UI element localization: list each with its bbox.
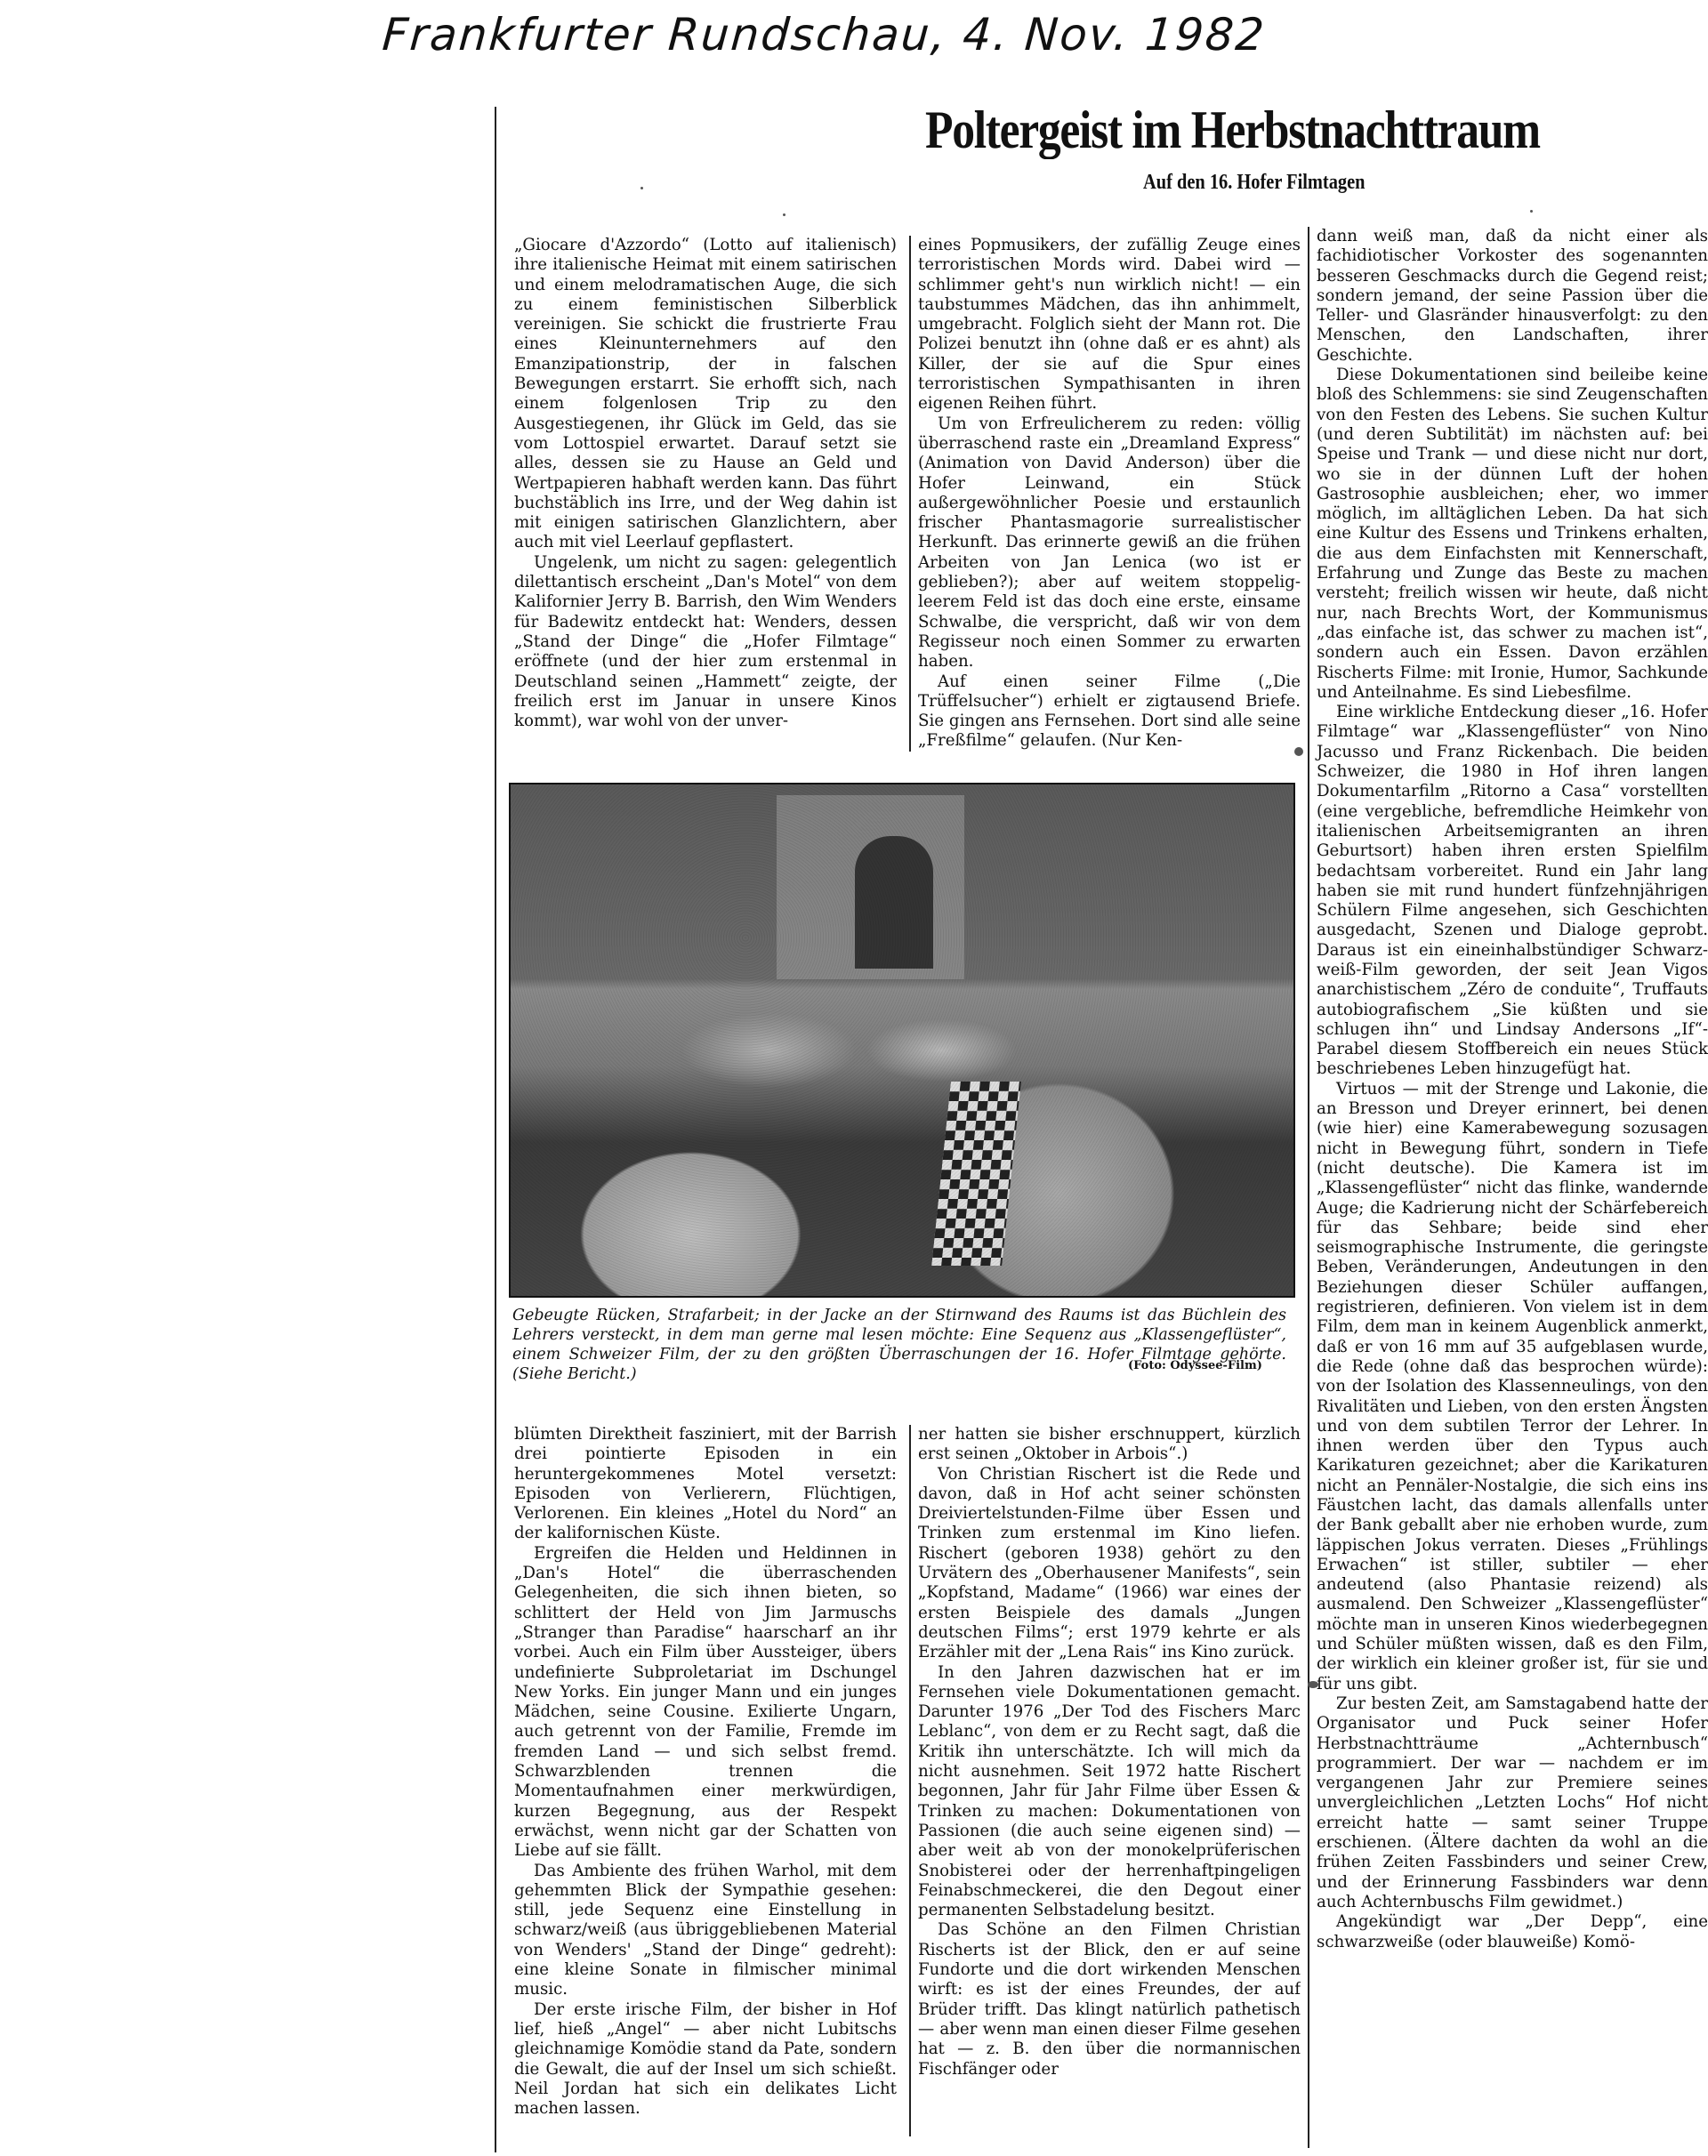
paragraph: ner hatten sie bisher erschnuppert, kürz… [918,1425,1301,1465]
paragraph: eines Popmusikers, der zufällig Zeuge ei… [918,236,1301,414]
column-1-top: „Giocare d'Azzordo“ (Lotto auf italienis… [514,236,897,731]
paragraph: Das Ambiente des frühen Warhol, mit dem … [514,1862,897,2000]
paragraph: Ergreifen die Helden und Heldinnen in „D… [514,1544,897,1862]
left-margin-rule [495,107,496,2152]
article-headline: Poltergeist im Herbstnachttraum [925,100,1540,161]
paragraph: Auf einen seiner Filme („Die Trüffelsuch… [918,672,1301,752]
paragraph: Zur besten Zeit, am Samstagabend hatte d… [1317,1694,1708,1912]
paragraph: Ungelenk, um nicht zu sagen: gelegentlic… [514,553,897,732]
article-photo [509,783,1295,1298]
paragraph: Eine wirkliche Entdeckung dieser „16. Ho… [1317,703,1708,1080]
scan-speck [1308,1681,1318,1688]
paragraph: Angekündigt war „Der Depp“, eine schwarz… [1317,1912,1708,1952]
scan-speck [640,187,643,189]
column-1-bottom: blümten Direktheit fasziniert, mit der B… [514,1425,897,2136]
photo-credit: (Foto: Odyssee-Film) [1128,1359,1262,1372]
paragraph: Der erste irische Film, der bisher in Ho… [514,2000,897,2120]
photo-halftone-noise [511,784,1293,1296]
paragraph: Von Christian Rischert ist die Rede und … [918,1465,1301,1663]
column-2-bottom: ner hatten sie bisher erschnuppert, kürz… [909,1425,1301,2136]
paragraph: blümten Direktheit fasziniert, mit der B… [514,1425,897,1544]
scan-speck [783,213,786,216]
paragraph: „Giocare d'Azzordo“ (Lotto auf italienis… [514,236,897,553]
column-2-top: eines Popmusikers, der zufällig Zeuge ei… [909,236,1301,752]
scan-speck [1294,747,1303,756]
paragraph: In den Jahren dazwischen hat er im Ferns… [918,1663,1301,1921]
paragraph: Virtuos — mit der Strenge und Lakonie, d… [1317,1080,1708,1694]
paragraph: Das Schöne an den Filmen Christian Risch… [918,1920,1301,2079]
scan-speck [1530,210,1533,213]
column-3: dann weiß man, daß da nicht einer als fa… [1308,227,1708,2148]
paragraph: Um von Erfreulicherem zu reden: völlig ü… [918,414,1301,672]
article-subheadline: Auf den 16. Hofer Filmtagen [1143,171,1366,195]
paragraph: Diese Dokumentationen sind beileibe kein… [1317,366,1708,703]
handwritten-source-annotation: Frankfurter Rundschau, 4. Nov. 1982 [381,9,1268,60]
paragraph: dann weiß man, daß da nicht einer als fa… [1317,227,1708,366]
